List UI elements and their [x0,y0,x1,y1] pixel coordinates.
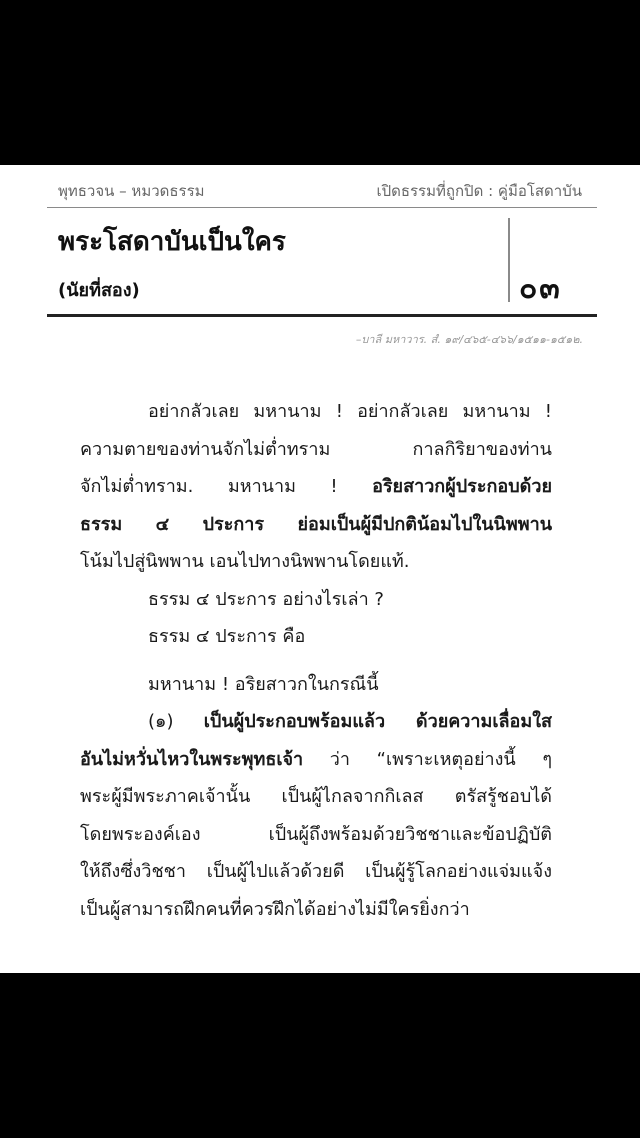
item-number: (๑) [148,711,204,732]
body-line: โดยพระองค์เอง เป็นผู้ถึงพร้อมด้วยวิชชาแล… [80,816,552,854]
chapter-title: พระโสดาบันเป็นใคร [58,221,286,262]
body-line: มหานาม ! อริยสาวกในกรณีนี้ [80,666,552,704]
body-line: ธรรม ๔ ประการ อย่างไรเล่า ? [80,581,552,619]
running-head-left: พุทธวจน – หมวดธรรม [58,179,205,203]
title-divider [47,314,597,317]
body-segment-bold: อันไม่หวั่นไหวในพระพุทธเจ้า [80,749,303,770]
body-line: ธรรม ๔ ประการ คือ [80,618,552,656]
body-line: โน้มไปสู่นิพพาน เอนไปทางนิพพานโดยแท้. [80,543,552,581]
body-line: จักไม่ต่ำทราม. มหานาม ! อริยสาวกผู้ประกอ… [80,468,552,506]
running-head: พุทธวจน – หมวดธรรม เปิดธรรมที่ถูกปิด : ค… [58,179,582,203]
body-line-bold: ธรรม ๔ ประการ ย่อมเป็นผู้มีปกติน้อมไปในน… [80,506,552,544]
running-head-right: เปิดธรรมที่ถูกปิด : คู่มือโสดาบัน [376,179,582,203]
body-line: อันไม่หวั่นไหวในพระพุทธเจ้า ว่า “เพราะเห… [80,741,552,779]
body-segment: จักไม่ต่ำทราม. มหานาม ! [80,476,372,497]
pali-citation: –บาลี มหาวาร. สํ. ๑๙/๔๖๕-๔๖๖/๑๕๑๑-๑๕๑๒. [356,330,583,348]
header-divider [47,207,597,208]
chapter-number: ๐๓ [519,265,562,312]
body-segment-bold: อริยสาวกผู้ประกอบด้วย [372,476,552,497]
body-line: เป็นผู้สามารถฝึกคนที่ควรฝึกได้อย่างไม่มี… [80,891,552,929]
vertical-divider [508,218,510,302]
body-line: ความตายของท่านจักไม่ต่ำทราม กาลกิริยาของ… [80,431,552,469]
body-line: (๑) เป็นผู้ประกอบพร้อมแล้ว ด้วยความเลื่อ… [80,703,552,741]
body-segment-bold: เป็นผู้ประกอบพร้อมแล้ว ด้วยความเลื่อมใส [204,711,552,732]
body-segment: ว่า “เพราะเหตุอย่างนี้ ๆ [303,749,552,770]
body-text: อย่ากลัวเลย มหานาม ! อย่ากลัวเลย มหานาม … [80,393,552,928]
body-line: อย่ากลัวเลย มหานาม ! อย่ากลัวเลย มหานาม … [80,393,552,431]
book-page: พุทธวจน – หมวดธรรม เปิดธรรมที่ถูกปิด : ค… [0,165,640,973]
body-line: ให้ถึงซึ่งวิชชา เป็นผู้ไปแล้วด้วยดี เป็น… [80,853,552,891]
body-line: พระผู้มีพระภาคเจ้านั้น เป็นผู้ไกลจากกิเล… [80,778,552,816]
chapter-subtitle: (นัยที่สอง) [58,275,140,304]
